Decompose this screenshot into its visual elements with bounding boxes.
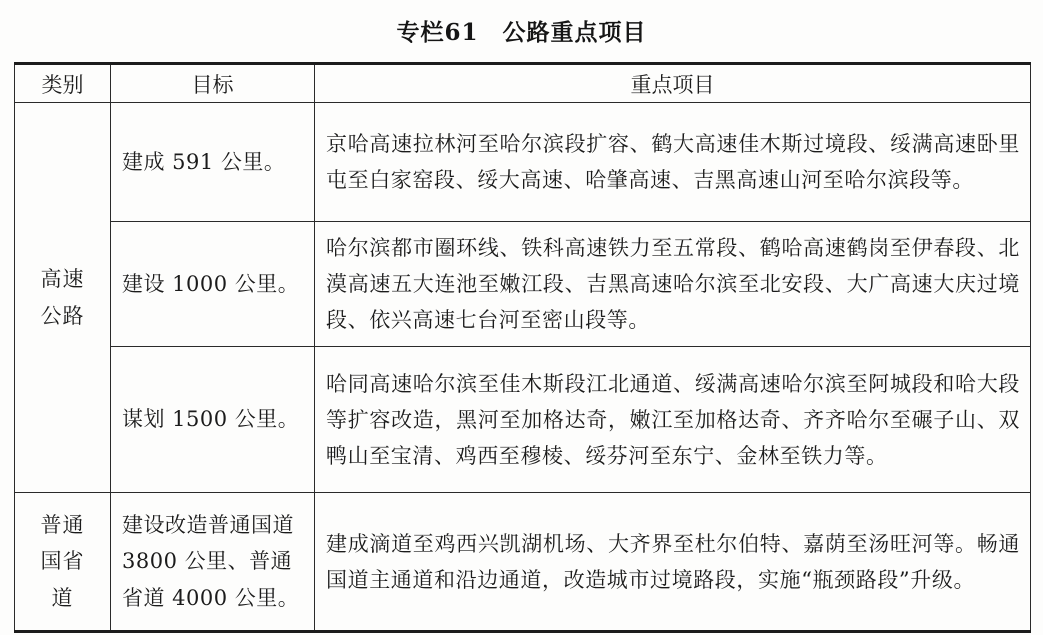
- column-header-target: 目标: [111, 64, 315, 103]
- category-cell-expressway: 高速公路: [15, 103, 111, 493]
- category-cell-ordinary-roads: 普通国省道: [15, 493, 111, 632]
- category-label: 高速公路: [40, 261, 85, 335]
- column-header-category: 类别: [15, 64, 111, 103]
- projects-cell: 哈同高速哈尔滨至佳木斯段江北通道、绥满高速哈尔滨至阿城段和哈大段等扩容改造，黑河…: [315, 347, 1031, 493]
- table-row-expressway-under-construction: 建设 1000 公里。 哈尔滨都市圈环线、铁科高速铁力至五常段、鹤哈高速鹤岗至伊…: [15, 222, 1031, 347]
- page-title: 专栏61 公路重点项目: [0, 0, 1043, 58]
- target-cell: 建设 1000 公里。: [111, 222, 315, 347]
- document-page: 专栏61 公路重点项目 类别 目标 重点项目 高速公路 建成 591 公里。 京…: [0, 0, 1043, 635]
- header-row: 类别 目标 重点项目: [15, 64, 1031, 103]
- projects-cell: 京哈高速拉林河至哈尔滨段扩容、鹤大高速佳木斯过境段、绥满高速卧里屯至白家窑段、绥…: [315, 103, 1031, 222]
- projects-cell: 哈尔滨都市圈环线、铁科高速铁力至五常段、鹤哈高速鹤岗至伊春段、北漠高速五大连池至…: [315, 222, 1031, 347]
- category-label: 普通国省道: [40, 507, 85, 617]
- target-cell: 建成 591 公里。: [111, 103, 315, 222]
- target-cell: 建设改造普通国道 3800 公里、普通省道 4000 公里。: [111, 493, 315, 632]
- projects-cell: 建成滴道至鸡西兴凯湖机场、大齐界至杜尔伯特、嘉荫至汤旺河等。畅通国道主通道和沿边…: [315, 493, 1031, 632]
- highway-projects-table: 类别 目标 重点项目 高速公路 建成 591 公里。 京哈高速拉林河至哈尔滨段扩…: [14, 62, 1031, 633]
- target-cell: 谋划 1500 公里。: [111, 347, 315, 493]
- column-header-projects: 重点项目: [315, 64, 1031, 103]
- table-row-expressway-planned: 谋划 1500 公里。 哈同高速哈尔滨至佳木斯段江北通道、绥满高速哈尔滨至阿城段…: [15, 347, 1031, 493]
- table-row-ordinary-roads: 普通国省道 建设改造普通国道 3800 公里、普通省道 4000 公里。 建成滴…: [15, 493, 1031, 632]
- table-row-expressway-built: 高速公路 建成 591 公里。 京哈高速拉林河至哈尔滨段扩容、鹤大高速佳木斯过境…: [15, 103, 1031, 222]
